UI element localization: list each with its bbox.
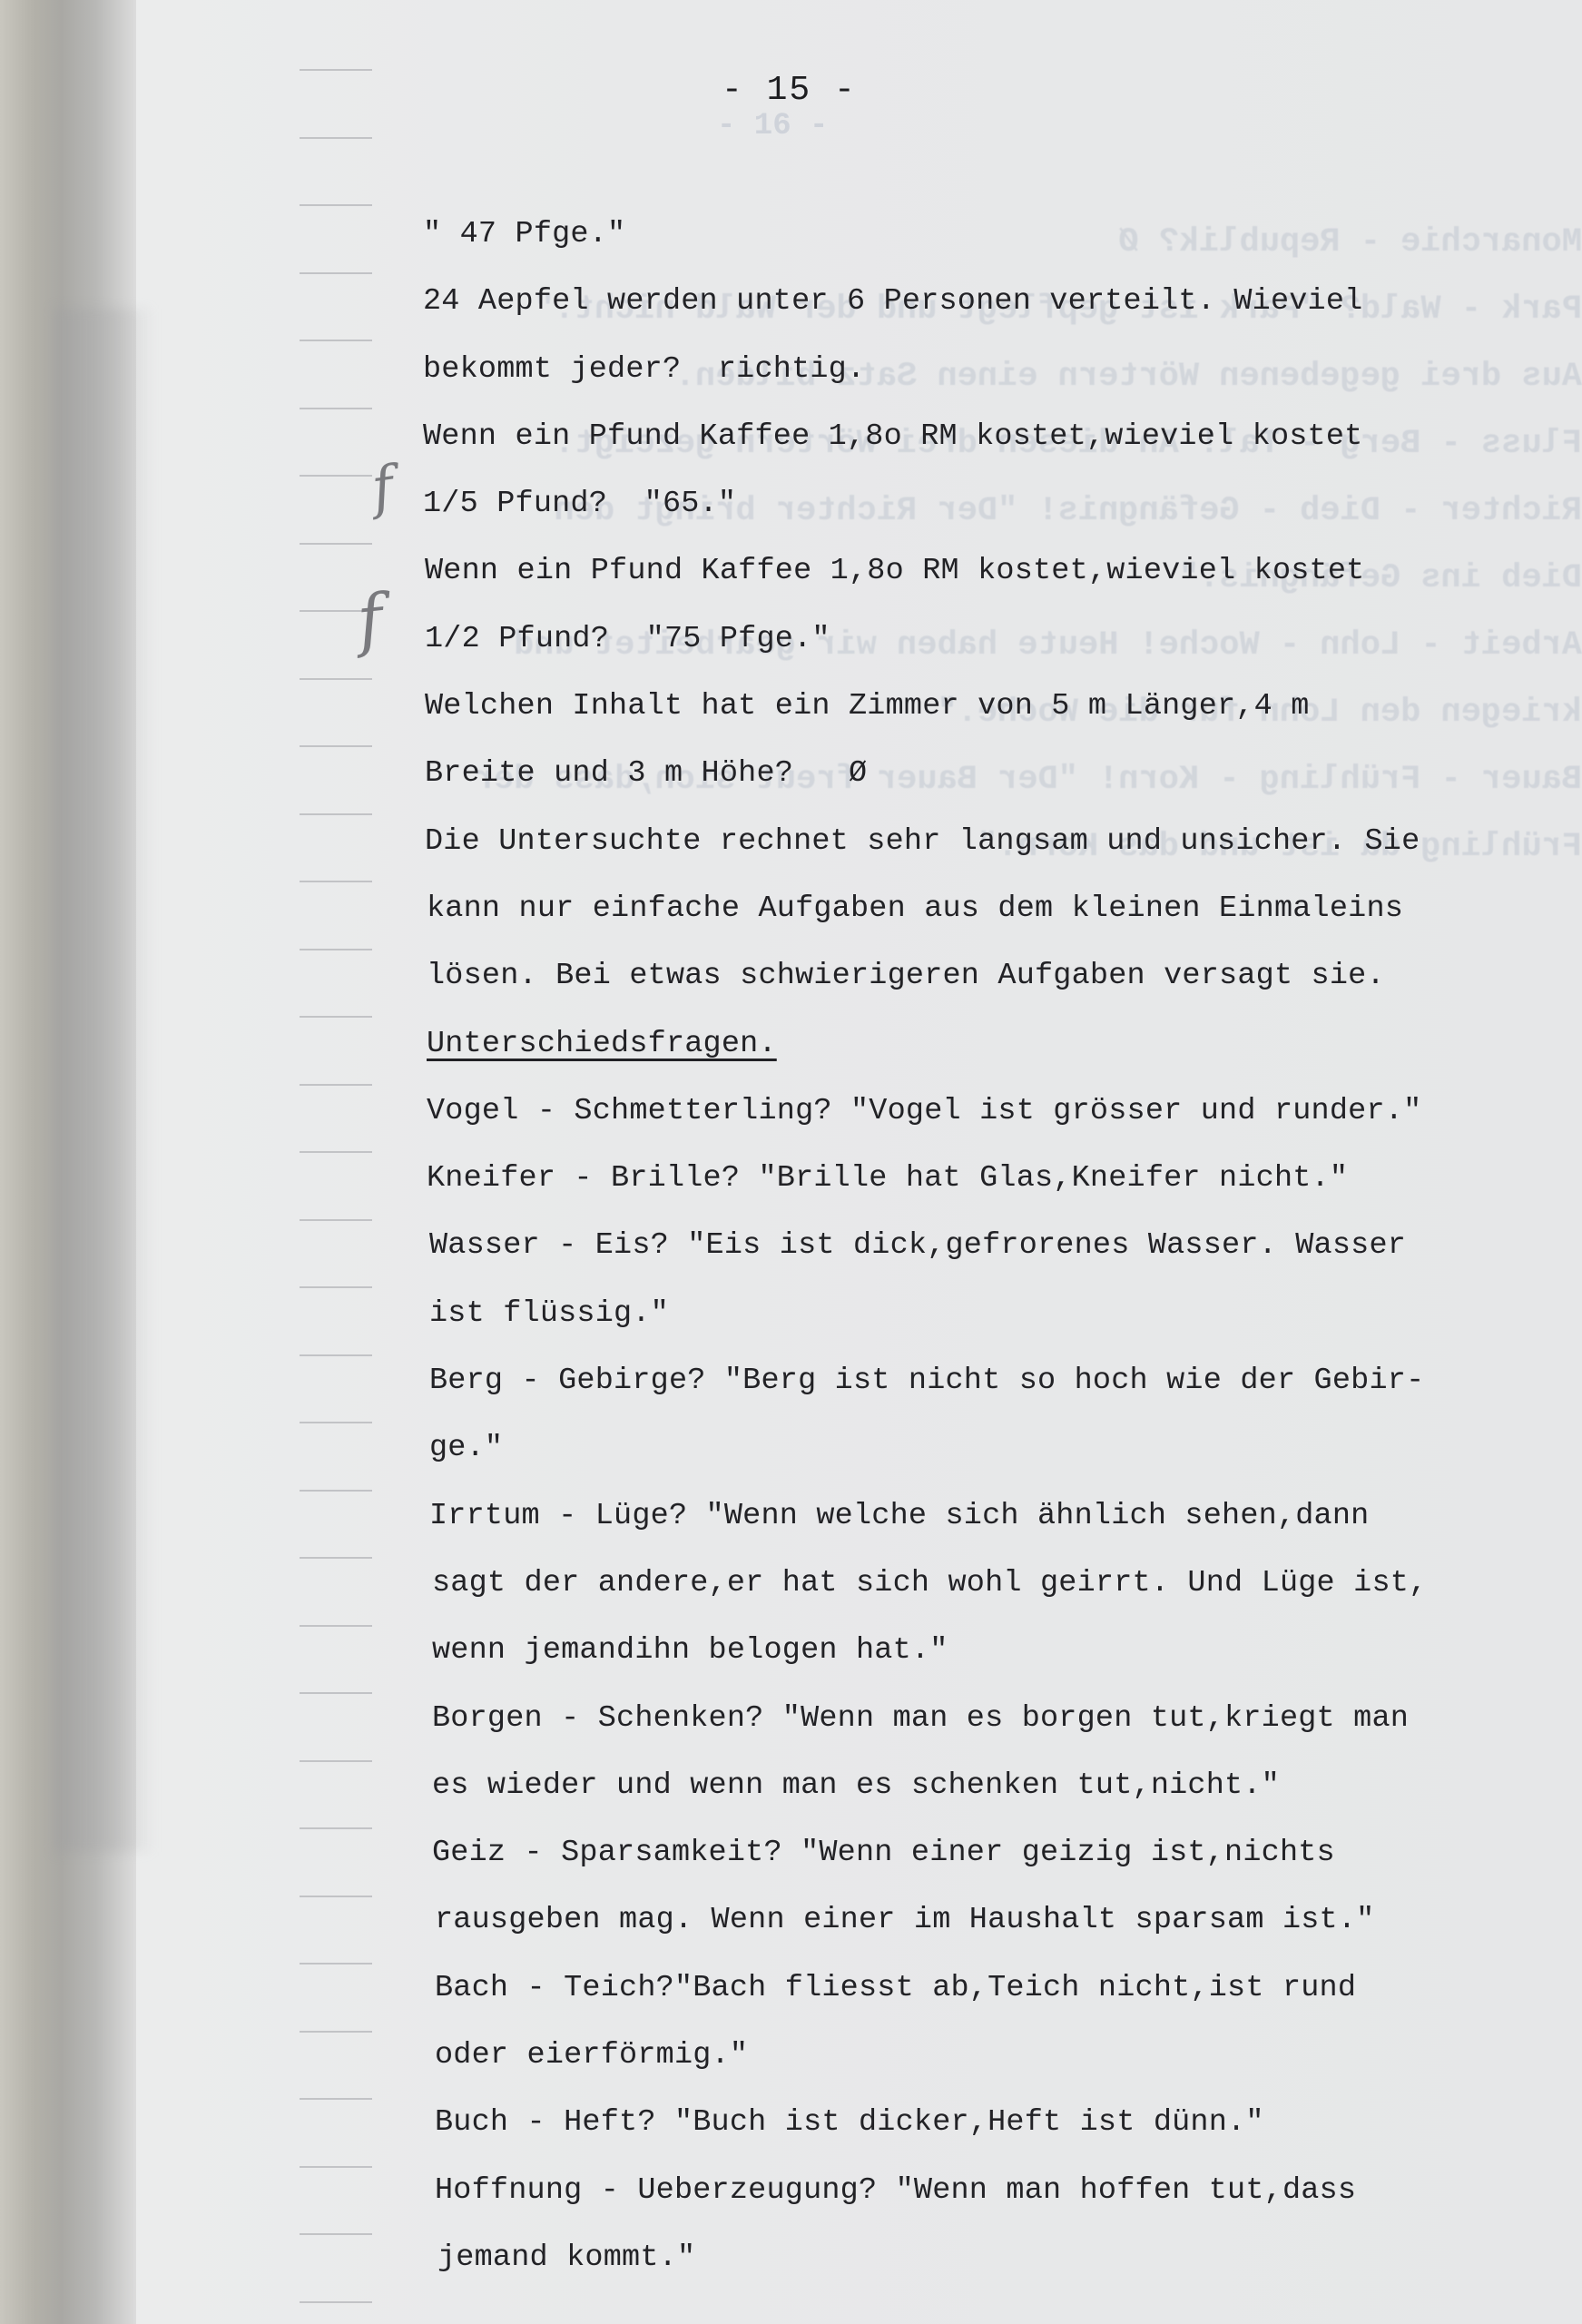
margin-tick [300, 1151, 372, 1153]
margin-tick [300, 1219, 372, 1221]
text-line: Irrtum - Lüge? "Wenn welche sich ähnlich… [423, 1489, 1576, 1556]
text-line: Geiz - Sparsamkeit? "Wenn einer geizig i… [423, 1826, 1576, 1893]
margin-tick [300, 2233, 372, 2235]
margin-tick [300, 1896, 372, 1897]
text-line: bekommt jeder? richtig. [423, 342, 1576, 409]
margin-tick [300, 1557, 372, 1559]
margin-tick [300, 408, 372, 409]
text-line: es wieder und wenn man es schenken tut,n… [423, 1758, 1576, 1826]
page-number: - 15 - [722, 71, 857, 110]
text-line: Kneifer - Brille? "Brille hat Glas,Kneif… [423, 1151, 1576, 1218]
text-line: Borgen - Schenken? "Wenn man es borgen t… [423, 1691, 1576, 1758]
text-line: oder eierförmig." [423, 2028, 1576, 2095]
binding-shadow-overlay [54, 309, 154, 1852]
text-line: Buch - Heft? "Buch ist dicker,Heft ist d… [423, 2095, 1576, 2162]
margin-tick [300, 204, 372, 206]
text-line: Breite und 3 m Höhe? Ø [423, 746, 1576, 813]
margin-tick [300, 745, 372, 747]
margin-tick [300, 1490, 372, 1492]
text-line: Wenn ein Pfund Kaffee 1,8o RM kostet,wie… [423, 544, 1576, 611]
text-line: 1/5 Pfund? "65." [423, 477, 1576, 544]
margin-tick [300, 2098, 372, 2100]
text-line: Wasser - Eis? "Eis ist dick,gefrorenes W… [423, 1218, 1576, 1285]
margin-tick [300, 678, 372, 680]
text-line: Welchen Inhalt hat ein Zimmer von 5 m Lä… [423, 679, 1576, 746]
margin-tick [300, 1760, 372, 1762]
text-line: Bach - Teich?"Bach fliesst ab,Teich nich… [423, 1961, 1576, 2028]
text-line: ist flüssig." [423, 1286, 1576, 1354]
text-line: 1/2 Pfund? "75 Pfge." [423, 612, 1576, 679]
text-line: ge." [423, 1421, 1576, 1488]
margin-tick [300, 2166, 372, 2168]
bleed-through-page-number: - 16 - [717, 109, 828, 143]
text-line: Die Untersuchte rechnet sehr langsam und… [423, 814, 1576, 881]
margin-tick [300, 2301, 372, 2303]
margin-ruler-ticks [300, 36, 381, 2324]
margin-tick [300, 1422, 372, 1423]
text-line: " 47 Pfge." [423, 207, 1576, 274]
margin-tick [300, 272, 372, 274]
text-line: sagt der andere,er hat sich wohl geirrt.… [423, 1556, 1576, 1623]
margin-tick [300, 137, 372, 139]
text-line: kann nur einfache Aufgaben aus dem klein… [423, 881, 1576, 949]
margin-tick [300, 1354, 372, 1356]
typewritten-body: " 47 Pfge."24 Aepfel werden unter 6 Pers… [423, 207, 1576, 2298]
text-line: Hoffnung - Ueberzeugung? "Wenn man hoffe… [423, 2163, 1576, 2230]
margin-tick [300, 340, 372, 341]
margin-tick [300, 881, 372, 882]
text-line: lösen. Bei etwas schwierigeren Aufgaben … [423, 949, 1576, 1016]
margin-tick [300, 1692, 372, 1694]
margin-tick [300, 1286, 372, 1288]
margin-tick [300, 475, 372, 477]
margin-tick [300, 69, 372, 71]
margin-tick [300, 1625, 372, 1627]
text-line: rausgeben mag. Wenn einer im Haushalt sp… [423, 1893, 1576, 1960]
margin-tick [300, 543, 372, 545]
margin-tick [300, 949, 372, 950]
margin-tick [300, 1827, 372, 1829]
margin-tick [300, 1084, 372, 1086]
text-line: Berg - Gebirge? "Berg ist nicht so hoch … [423, 1354, 1576, 1421]
margin-tick [300, 2031, 372, 2033]
margin-tick [300, 1016, 372, 1018]
section-heading: Unterschiedsfragen. [423, 1017, 1576, 1084]
margin-tick [300, 813, 372, 815]
text-line: jemand kommt." [423, 2230, 1576, 2298]
text-line: Vogel - Schmetterling? "Vogel ist grösse… [423, 1084, 1576, 1151]
margin-tick [300, 1963, 372, 1965]
text-line: 24 Aepfel werden unter 6 Personen vertei… [423, 274, 1576, 341]
text-line: Wenn ein Pfund Kaffee 1,8o RM kostet,wie… [423, 409, 1576, 477]
text-line: wenn jemandihn belogen hat." [423, 1623, 1576, 1690]
document-page: - 16 - Monarchie - Republik? ØPark - Wal… [0, 0, 1582, 2324]
